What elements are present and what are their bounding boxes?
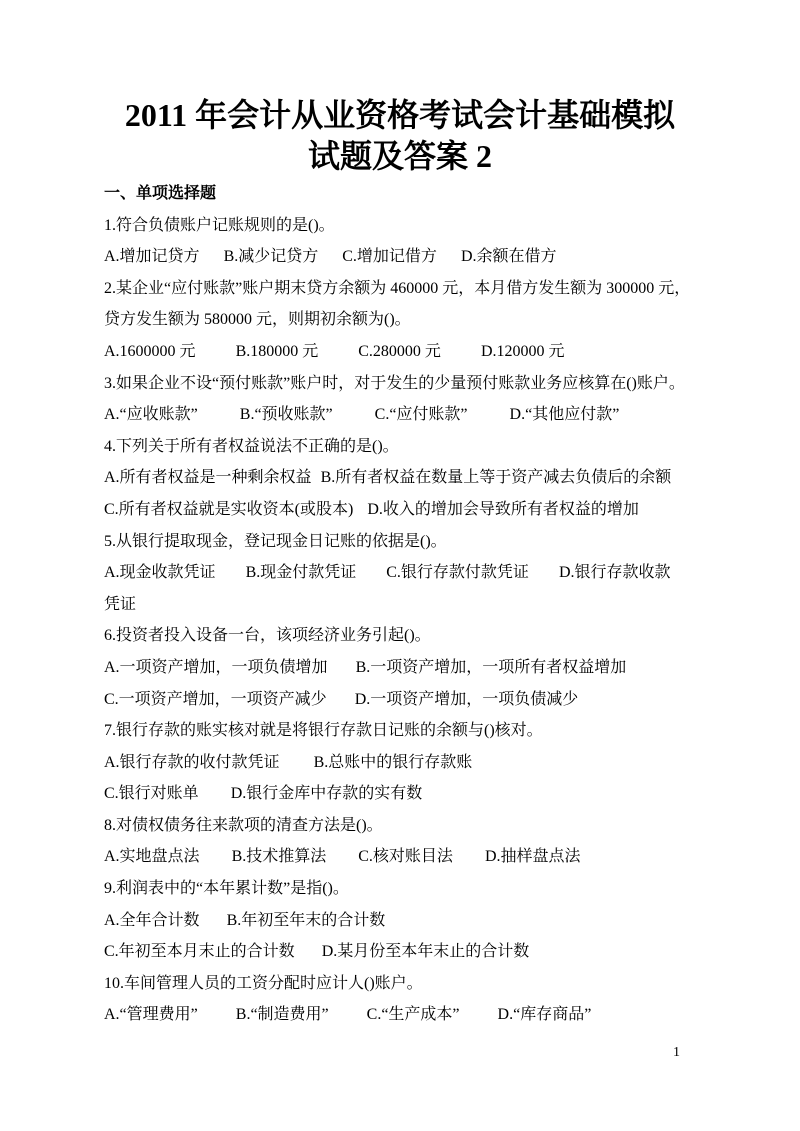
option-line: A.增加记贷方B.减少记贷方C.增加记借方D.余额在借方: [104, 241, 696, 273]
option: B.所有者权益在数量上等于资产减去负债后的余额: [321, 462, 672, 494]
title-line-2: 试题及答案 2: [104, 136, 696, 177]
option: C.一项资产增加，一项资产减少: [104, 684, 327, 716]
option: D.某月份至本年末止的合计数: [322, 936, 530, 968]
text-line: 7.银行存款的账实核对就是将银行存款日记账的余额与()核对。: [104, 715, 696, 747]
option-line: A.“应收账款”B.“预收账款”C.“应付账款”D.“其他应付款”: [104, 399, 696, 431]
option: C.“应付账款”: [375, 399, 468, 431]
option-line: A.现金收款凭证B.现金付款凭证C.银行存款付款凭证D.银行存款收款: [104, 557, 696, 589]
option: D.余额在借方: [461, 241, 557, 273]
option: A.“应收账款”: [104, 399, 198, 431]
option: A.银行存款的收付款凭证: [104, 747, 280, 779]
option: B.总账中的银行存款账: [314, 747, 473, 779]
option: C.银行存款付款凭证: [386, 557, 529, 589]
option-line: A.1600000 元B.180000 元C.280000 元D.120000 …: [104, 336, 696, 368]
option-line: A.“管理费用”B.“制造费用”C.“生产成本”D.“库存商品”: [104, 999, 696, 1031]
text-line: 贷方发生额为 580000 元，则期初余额为()。: [104, 304, 696, 336]
text-line: 1.符合负债账户记账规则的是()。: [104, 210, 696, 242]
option: B.减少记贷方: [224, 241, 319, 273]
option: D.银行存款收款: [559, 557, 671, 589]
option: A.“管理费用”: [104, 999, 198, 1031]
option: D.一项资产增加，一项负债减少: [355, 684, 579, 716]
title-line-1: 2011 年会计从业资格考试会计基础模拟: [104, 95, 696, 136]
option: B.一项资产增加，一项所有者权益增加: [356, 652, 627, 684]
option: C.年初至本月末止的合计数: [104, 936, 295, 968]
option: A.实地盘点法: [104, 841, 200, 873]
option-line: C.所有者权益就是实收资本(或股本)D.收入的增加会导致所有者权益的增加: [104, 494, 696, 526]
document-page: 2011 年会计从业资格考试会计基础模拟 试题及答案 2 一、单项选择题 1.符…: [0, 0, 800, 1131]
text-line: 5.从银行提取现金，登记现金日记账的依据是()。: [104, 526, 696, 558]
option: C.核对账目法: [358, 841, 453, 873]
option: D.抽样盘点法: [485, 841, 581, 873]
option: C.所有者权益就是实收资本(或股本): [104, 494, 353, 526]
option: C.增加记借方: [342, 241, 437, 273]
option-line: C.年初至本月末止的合计数D.某月份至本年末止的合计数: [104, 936, 696, 968]
text-line: 6.投资者投入设备一台，该项经济业务引起()。: [104, 620, 696, 652]
option: C.280000 元: [358, 336, 441, 368]
option: B.“制造费用”: [236, 999, 329, 1031]
option: B.技术推算法: [232, 841, 327, 873]
option: B.现金付款凭证: [246, 557, 357, 589]
option-line: A.全年合计数B.年初至年末的合计数: [104, 905, 696, 937]
option: A.1600000 元: [104, 336, 196, 368]
option-line: C.银行对账单D.银行金库中存款的实有数: [104, 778, 696, 810]
text-line: 4.下列关于所有者权益说法不正确的是()。: [104, 431, 696, 463]
question-lines: 一、单项选择题 1.符合负债账户记账规则的是()。A.增加记贷方B.减少记贷方C…: [104, 178, 696, 1031]
option: D.收入的增加会导致所有者权益的增加: [367, 494, 639, 526]
option: D.“其他应付款”: [510, 399, 620, 431]
option: D.银行金库中存款的实有数: [231, 778, 423, 810]
text-line: 8.对债权债务往来款项的清查方法是()。: [104, 810, 696, 842]
text-line: 9.利润表中的“本年累计数”是指()。: [104, 873, 696, 905]
option-line: A.银行存款的收付款凭证B.总账中的银行存款账: [104, 747, 696, 779]
text-line: 凭证: [104, 589, 696, 621]
option: D.120000 元: [481, 336, 565, 368]
option: B.180000 元: [236, 336, 319, 368]
option: B.年初至年末的合计数: [227, 905, 386, 937]
option: A.增加记贷方: [104, 241, 200, 273]
option-line: C.一项资产增加，一项资产减少D.一项资产增加，一项负债减少: [104, 684, 696, 716]
document-title: 2011 年会计从业资格考试会计基础模拟 试题及答案 2: [104, 95, 696, 177]
option-line: A.所有者权益是一种剩余权益B.所有者权益在数量上等于资产减去负债后的余额: [104, 462, 696, 494]
option: A.全年合计数: [104, 905, 200, 937]
text-line: 10.车间管理人员的工资分配时应计人()账户。: [104, 968, 696, 1000]
text-line: 3.如果企业不设“预付账款”账户时，对于发生的少量预付账款业务应核算在()账户。: [104, 368, 696, 400]
option-line: A.实地盘点法B.技术推算法C.核对账目法D.抽样盘点法: [104, 841, 696, 873]
page-number: 1: [673, 1044, 680, 1062]
document-content: 2011 年会计从业资格考试会计基础模拟 试题及答案 2 一、单项选择题 1.符…: [104, 95, 696, 1031]
section-heading: 一、单项选择题: [104, 178, 696, 210]
option: C.“生产成本”: [367, 999, 460, 1031]
option: A.一项资产增加，一项负债增加: [104, 652, 328, 684]
option-line: A.一项资产增加，一项负债增加B.一项资产增加，一项所有者权益增加: [104, 652, 696, 684]
option: A.现金收款凭证: [104, 557, 216, 589]
option: A.所有者权益是一种剩余权益: [104, 462, 312, 494]
option: B.“预收账款”: [240, 399, 333, 431]
text-line: 2.某企业“应付账款”账户期末贷方余额为 460000 元，本月借方发生额为 3…: [104, 273, 696, 305]
option: D.“库存商品”: [498, 999, 592, 1031]
option: C.银行对账单: [104, 778, 199, 810]
